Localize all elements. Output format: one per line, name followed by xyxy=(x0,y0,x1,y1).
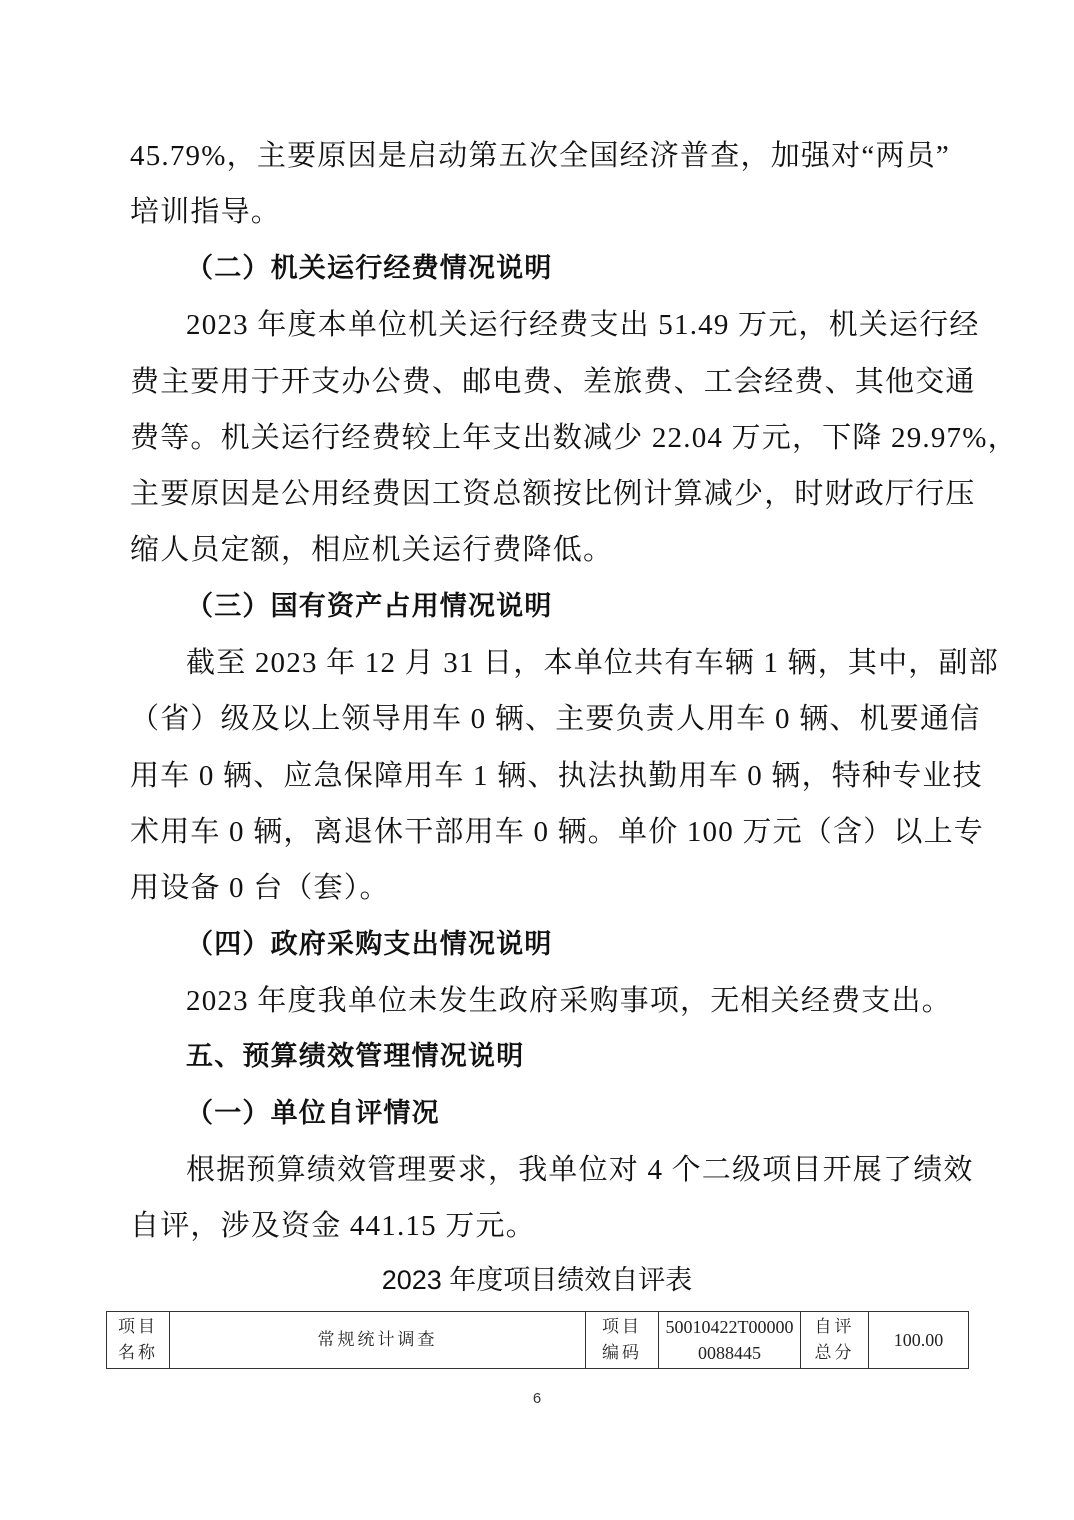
paragraph-line: 术用车 0 辆，离退休干部用车 0 辆。单价 100 万元（含）以上专 xyxy=(130,812,950,852)
paragraph-line: 自评，涉及资金 441.15 万元。 xyxy=(130,1206,950,1246)
project-code-label-line2: 编码 xyxy=(586,1340,658,1366)
paragraph-line: 2023 年度我单位未发生政府采购事项，无相关经费支出。 xyxy=(186,981,950,1021)
paragraph-line: 45.79%，主要原因是启动第五次全国经济普查，加强对“两员” xyxy=(130,136,950,176)
project-code-label-cell: 项目 编码 xyxy=(586,1312,659,1369)
project-code-label-line1: 项目 xyxy=(586,1314,658,1340)
self-score-label-cell: 自评 总分 xyxy=(801,1312,869,1369)
section-heading: （三）国有资产占用情况说明 xyxy=(186,587,950,627)
paragraph-line: 缩人员定额，相应机关运行费降低。 xyxy=(130,530,950,570)
paragraph-line: 培训指导。 xyxy=(130,192,950,232)
paragraph-line: 费等。机关运行经费较上年支出数减少 22.04 万元，下降 29.97%， xyxy=(130,418,950,458)
paragraph-line: （省）级及以上领导用车 0 辆、主要负责人用车 0 辆、机要通信 xyxy=(130,699,950,739)
project-name-label-line1: 项目 xyxy=(107,1314,169,1340)
paragraph-line: 费主要用于开支办公费、邮电费、差旅费、工会经费、其他交通 xyxy=(130,362,950,402)
table-title: 2023 年度项目绩效自评表 xyxy=(0,1262,1074,1298)
project-name-label-cell: 项目 名称 xyxy=(107,1312,170,1369)
paragraph-line: 主要原因是公用经费因工资总额按比例计算减少，时财政厅行压 xyxy=(130,474,950,514)
project-name-value: 常规统计调查 xyxy=(170,1312,586,1369)
self-score-label-line1: 自评 xyxy=(801,1314,868,1340)
paragraph-line: 根据预算绩效管理要求，我单位对 4 个二级项目开展了绩效 xyxy=(186,1150,950,1190)
paragraph-line: 截至 2023 年 12 月 31 日，本单位共有车辆 1 辆，其中，副部 xyxy=(186,643,950,683)
paragraph-line: 2023 年度本单位机关运行经费支出 51.49 万元，机关运行经 xyxy=(186,305,950,345)
paragraph-line: 用车 0 辆、应急保障用车 1 辆、执法执勤用车 0 辆，特种专业技 xyxy=(130,756,950,796)
section-heading: （一）单位自评情况 xyxy=(186,1094,950,1134)
project-code-value-line1: 50010422T00000 xyxy=(659,1314,800,1340)
section-heading: 五、预算绩效管理情况说明 xyxy=(186,1037,950,1077)
project-code-value-cell: 50010422T00000 0088445 xyxy=(659,1312,801,1369)
project-performance-table: 项目 名称 常规统计调查 项目 编码 50010422T00000 008844… xyxy=(106,1311,969,1369)
page-number: 6 xyxy=(0,1390,1074,1407)
section-heading: （四）政府采购支出情况说明 xyxy=(186,925,950,965)
paragraph-line: 用设备 0 台（套）。 xyxy=(130,868,950,908)
project-code-value-line2: 0088445 xyxy=(659,1340,800,1366)
table-row: 项目 名称 常规统计调查 项目 编码 50010422T00000 008844… xyxy=(107,1312,969,1369)
self-score-label-line2: 总分 xyxy=(801,1340,868,1366)
section-heading: （二）机关运行经费情况说明 xyxy=(186,249,950,289)
self-score-value: 100.00 xyxy=(869,1312,969,1369)
project-name-label-line2: 名称 xyxy=(107,1340,169,1366)
